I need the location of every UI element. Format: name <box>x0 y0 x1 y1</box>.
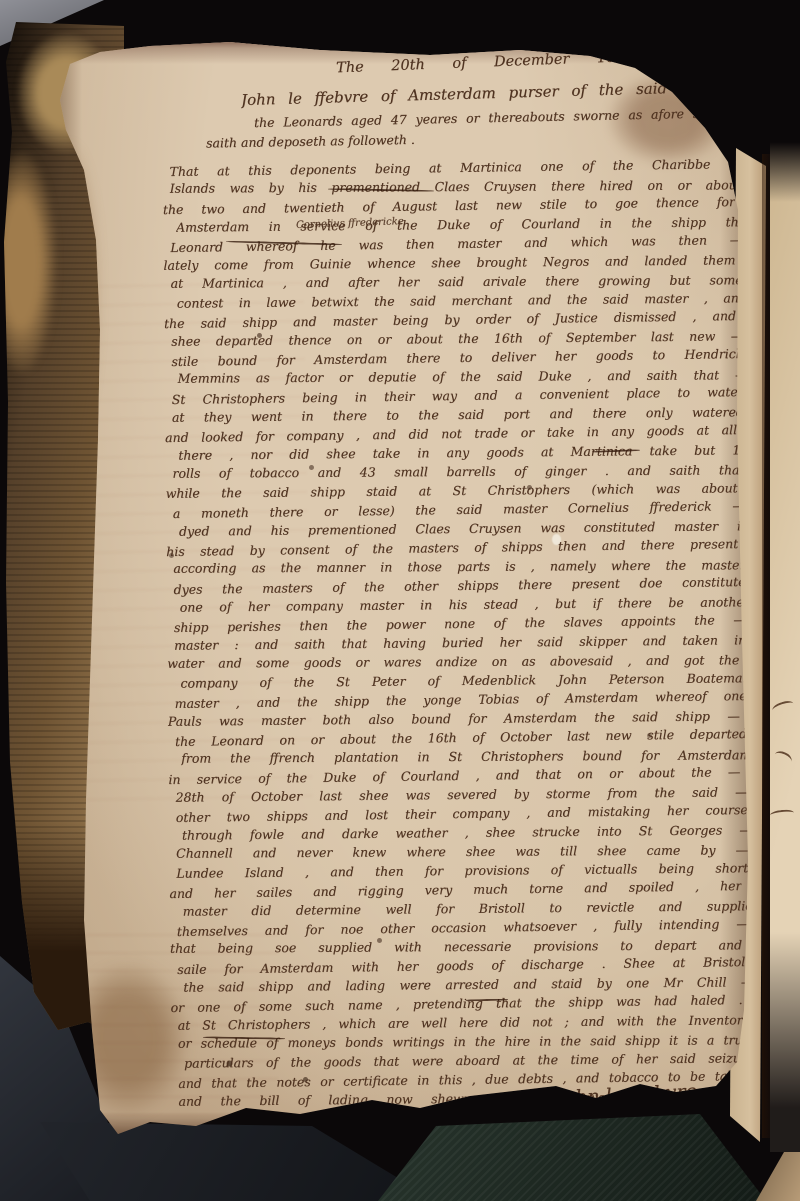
facing-page-ink-mark <box>771 699 795 715</box>
cloth-backdrop-teal <box>378 1110 773 1201</box>
deposition-opening-line: saith and deposeth as followeth . <box>206 130 496 150</box>
manuscript-line: and the bill of lading now shewne unto h… <box>178 1086 750 1110</box>
facing-page <box>770 142 800 1152</box>
manuscript-body: That at this deponents being at Martinic… <box>169 155 750 1110</box>
heading-date: The 20th of December 1654 . <box>336 48 666 77</box>
manuscript-photograph: The 20th of December 1654 . John le ffeb… <box>0 0 800 1201</box>
spine-blotch <box>0 152 56 372</box>
signature-flourish <box>500 1098 630 1118</box>
facing-page-ink-mark <box>770 809 795 819</box>
signature: John le ffebvre <box>556 1080 698 1109</box>
manuscript-page: The 20th of December 1654 . John le ffeb… <box>48 34 760 1138</box>
facing-page-ink-mark <box>772 749 793 767</box>
